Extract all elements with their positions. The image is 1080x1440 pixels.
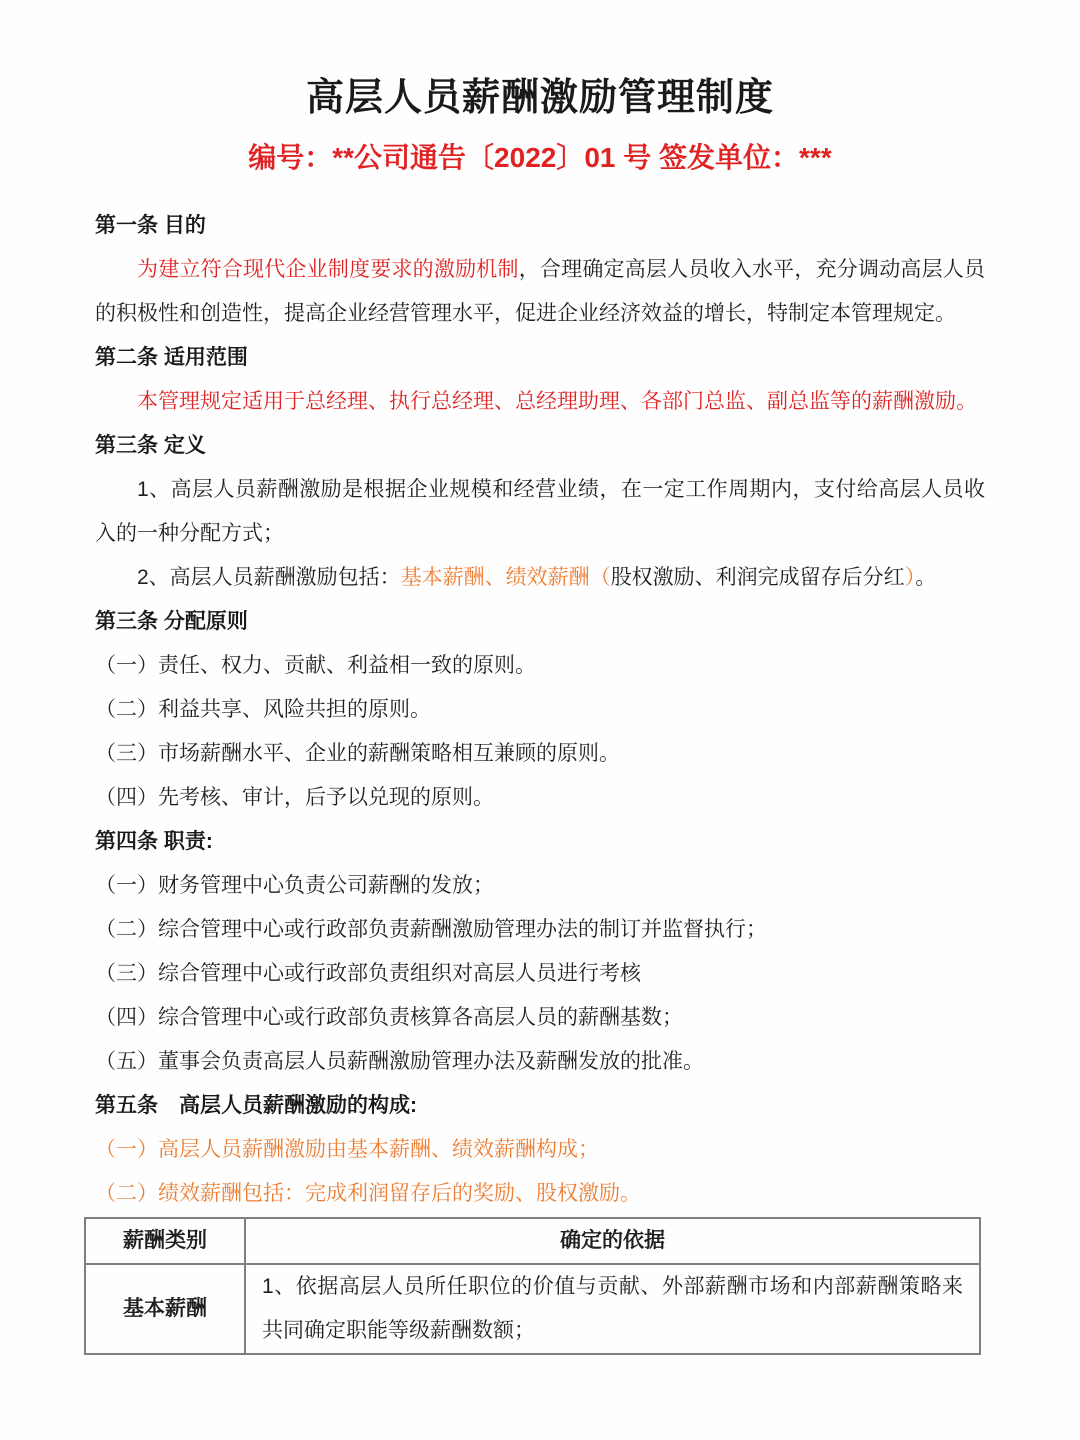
duty-item-2: （二）综合管理中心或行政部负责薪酬激励管理办法的制订并监督执行；	[95, 908, 985, 952]
section-3-heading: 第三条 定义	[95, 424, 985, 468]
section-2-paragraph: 本管理规定适用于总经理、执行总经理、总经理助理、各部门总监、副总监等的薪酬激励。	[95, 380, 985, 424]
salary-category-table: 薪酬类别 确定的依据 基本薪酬 1、依据高层人员所任职位的价值与贡献、外部薪酬市…	[84, 1217, 981, 1355]
section-4-heading: 第四条 职责:	[95, 820, 985, 864]
section-2-heading: 第二条 适用范围	[95, 336, 985, 380]
page-title: 高层人员薪酬激励管理制度	[95, 74, 985, 122]
section-5-heading: 第五条 高层人员薪酬激励的构成:	[95, 1084, 985, 1128]
principle-item-1: （一）责任、权力、贡献、利益相一致的原则。	[95, 644, 985, 688]
duty-item-3: （三）综合管理中心或行政部负责组织对高层人员进行考核	[95, 952, 985, 996]
duty-item-4: （四）综合管理中心或行政部负责核算各高层人员的薪酬基数；	[95, 996, 985, 1040]
section-1-heading: 第一条 目的	[95, 204, 985, 248]
principle-item-2: （二）利益共享、风险共担的原则。	[95, 688, 985, 732]
table-cell-basis: 1、依据高层人员所任职位的价值与贡献、外部薪酬市场和内部薪酬策略来共同确定职能等…	[245, 1264, 980, 1354]
duty-item-5: （五）董事会负责高层人员薪酬激励管理办法及薪酬发放的批准。	[95, 1040, 985, 1084]
principle-item-4: （四）先考核、审计，后予以兑现的原则。	[95, 776, 985, 820]
table-header-category: 薪酬类别	[85, 1218, 245, 1264]
document-body: 第一条 目的 为建立符合现代企业制度要求的激励机制，合理确定高层人员收入水平，充…	[95, 204, 985, 1355]
duty-item-1: （一）财务管理中心负责公司薪酬的发放；	[95, 864, 985, 908]
definition-item-2-black: 股权激励、利润完成留存后分红	[611, 566, 905, 589]
definition-item-2-end: 。	[915, 566, 936, 589]
definition-item-2-paren-close: ）	[905, 566, 916, 589]
definition-item-2: 2、高层人员薪酬激励包括：基本薪酬、绩效薪酬（股权激励、利润完成留存后分红）。	[95, 556, 985, 600]
definition-item-2-orange: 基本薪酬、绩效薪酬	[401, 566, 590, 589]
definition-item-2-paren-open: （	[590, 566, 611, 589]
definition-item-1: 1、高层人员薪酬激励是根据企业规模和经营业绩，在一定工作周期内，支付给高层人员收…	[95, 468, 985, 556]
composition-item-2: （二）绩效薪酬包括：完成利润留存后的奖励、股权激励。	[95, 1172, 985, 1216]
definition-item-2-prefix: 2、高层人员薪酬激励包括：	[137, 566, 401, 589]
table-row: 基本薪酬 1、依据高层人员所任职位的价值与贡献、外部薪酬市场和内部薪酬策略来共同…	[85, 1264, 980, 1354]
section-1-red-text: 为建立符合现代企业制度要求的激励机制	[137, 258, 519, 281]
table-header-row: 薪酬类别 确定的依据	[85, 1218, 980, 1264]
document-page: 高层人员薪酬激励管理制度 编号：**公司通告〔2022〕01 号 签发单位：**…	[0, 0, 1080, 1440]
table-cell-category: 基本薪酬	[85, 1264, 245, 1354]
section-1-paragraph: 为建立符合现代企业制度要求的激励机制，合理确定高层人员收入水平，充分调动高层人员…	[95, 248, 985, 336]
section-3b-heading: 第三条 分配原则	[95, 600, 985, 644]
composition-item-1: （一）高层人员薪酬激励由基本薪酬、绩效薪酬构成；	[95, 1128, 985, 1172]
principle-item-3: （三）市场薪酬水平、企业的薪酬策略相互兼顾的原则。	[95, 732, 985, 776]
doc-number-line: 编号：**公司通告〔2022〕01 号 签发单位：***	[95, 141, 985, 175]
table-header-basis: 确定的依据	[245, 1218, 980, 1264]
